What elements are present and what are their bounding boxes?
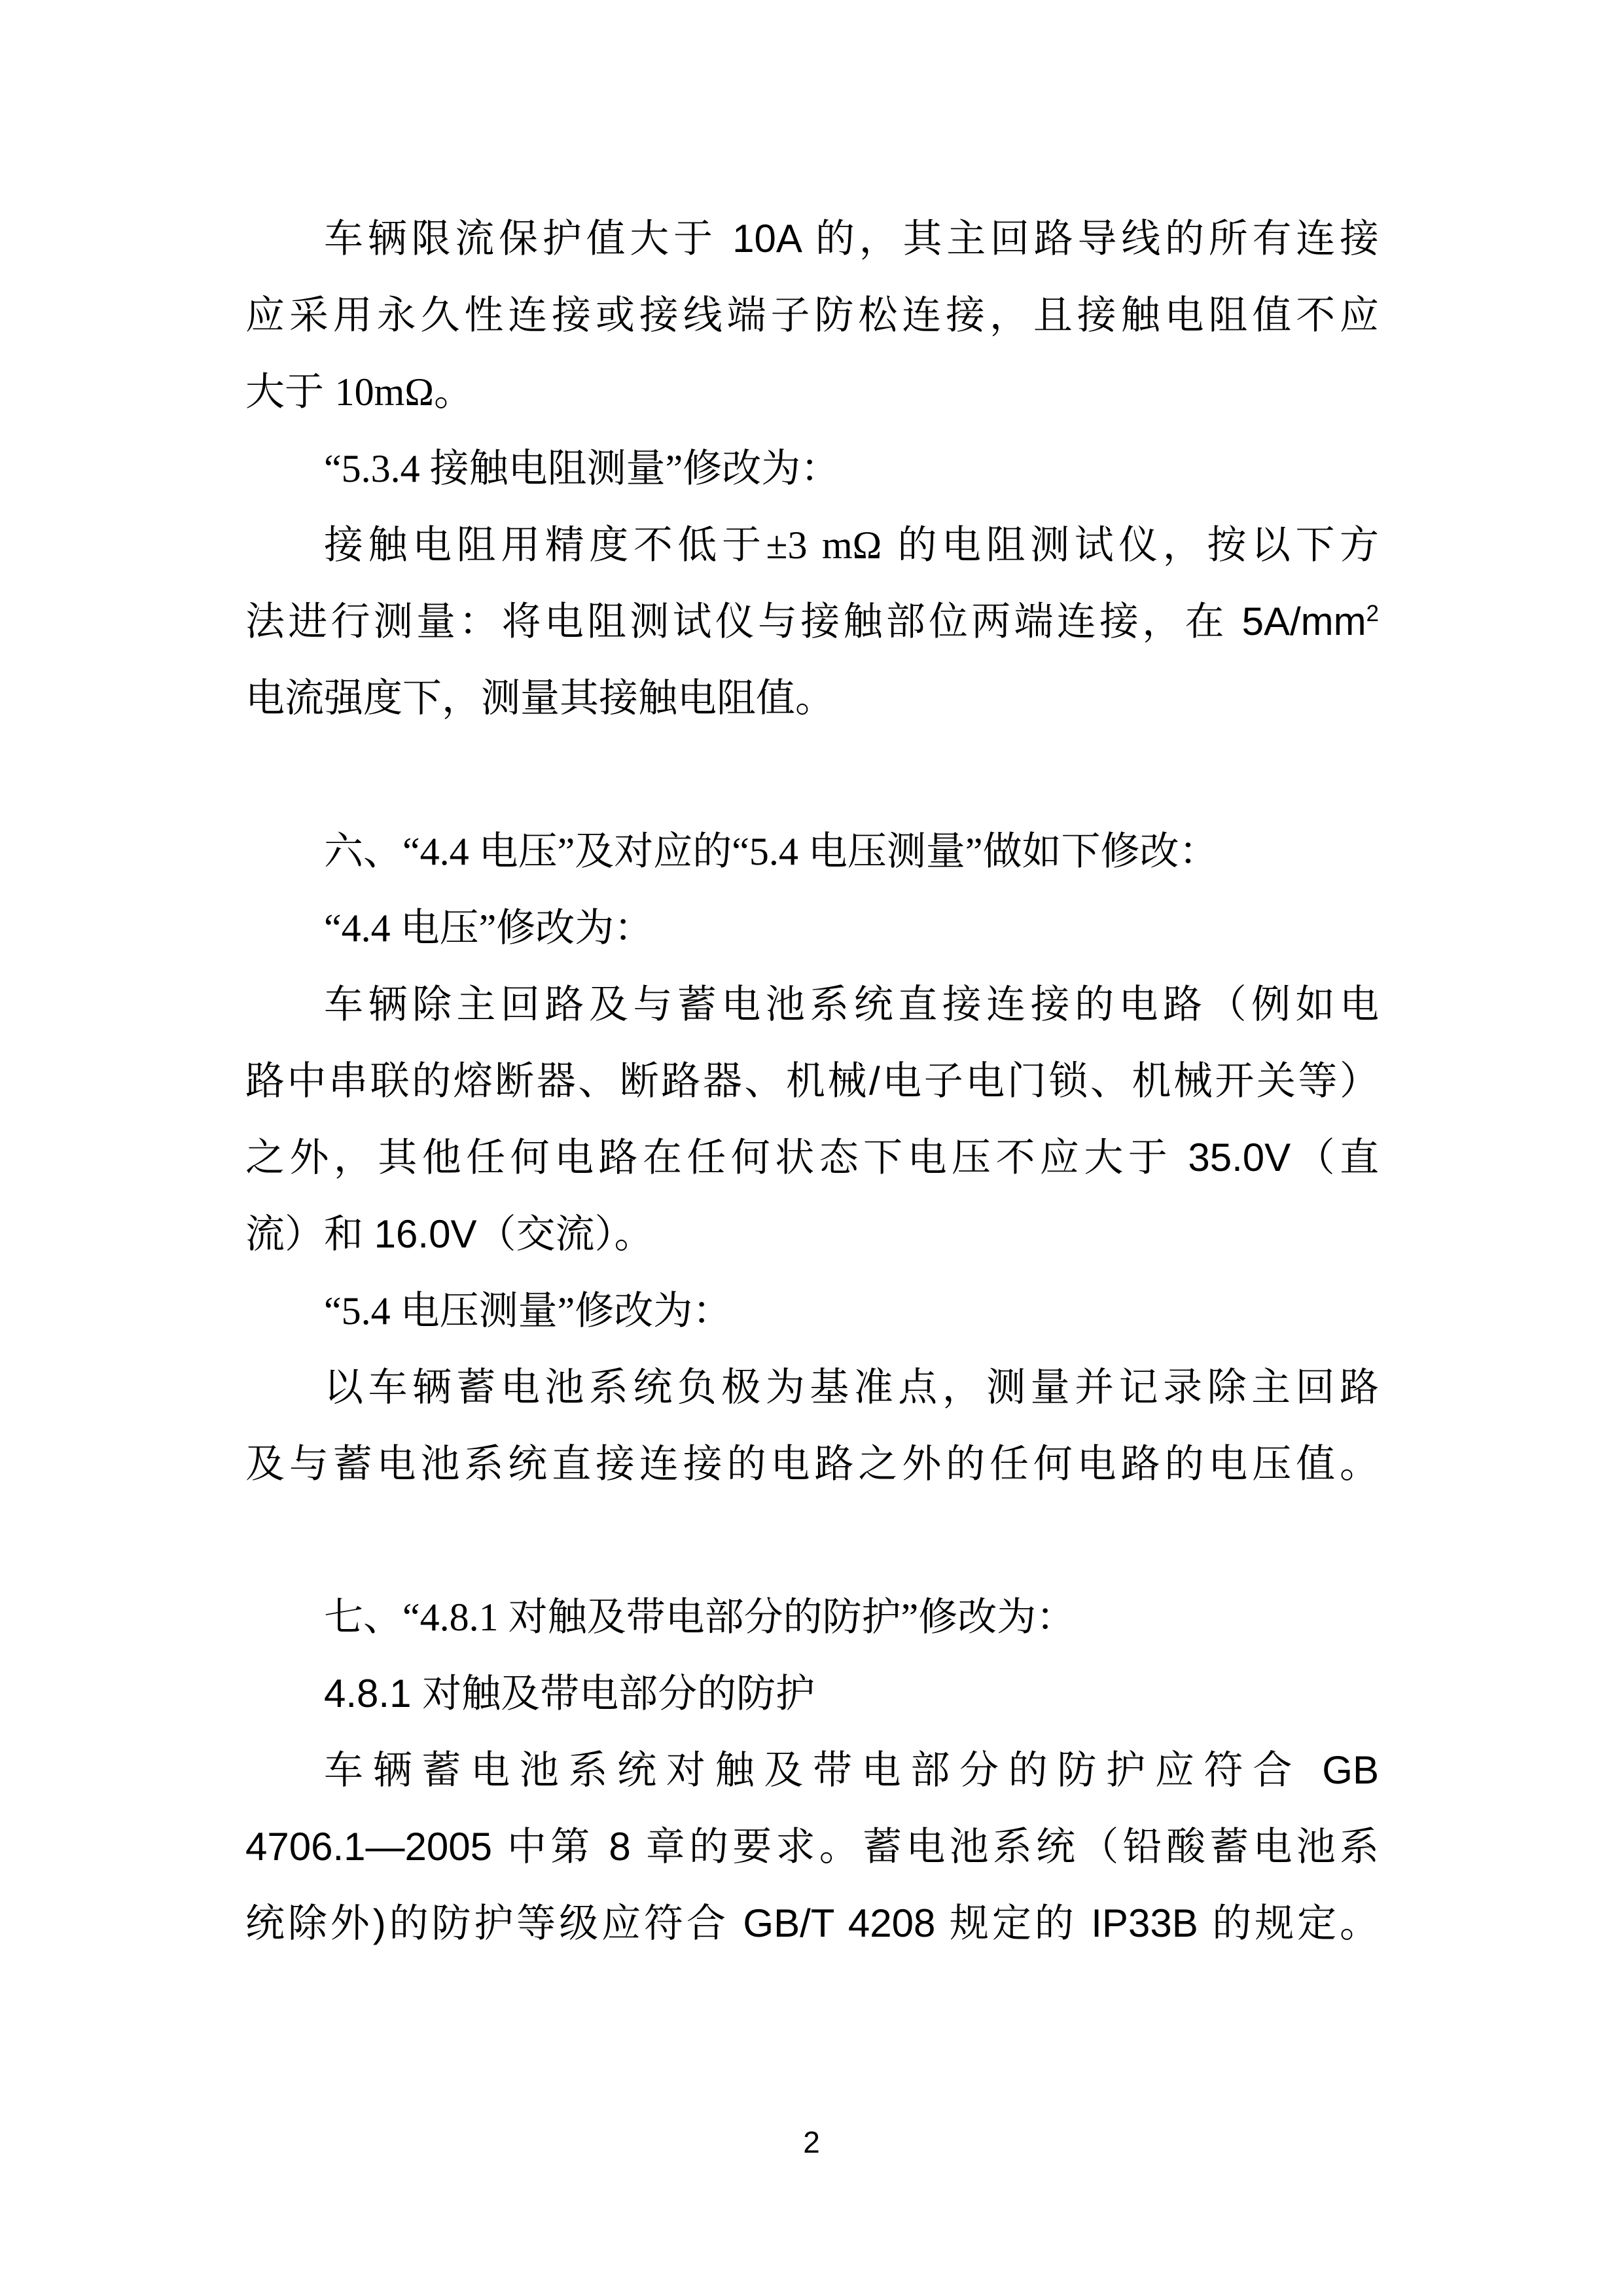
text-line: 4.8.1 对触及带电部分的防护 (245, 1655, 1379, 1732)
text-run: 以车辆蓄电池系统负极为基准点，测量并记录除主回路 (324, 1365, 1379, 1409)
text-run: 修改为： (918, 1595, 1075, 1639)
text-run: 及与蓄电池系统直接连接的电路之外的任何电路的电压值。 (245, 1442, 1379, 1486)
text-run: 统除外)的防护等级应符合 (245, 1901, 743, 1945)
text-run: 4706.1—2005 (245, 1825, 492, 1869)
text-run: 4.8.1 (324, 1672, 422, 1715)
text-line: 4706.1—2005 中第 8 章的要求。蓄电池系统（铅酸蓄电池系 (245, 1808, 1379, 1885)
page: 车辆限流保护值大于 10A 的，其主回路导线的所有连接应采用永久性连接或接线端子… (0, 0, 1623, 2296)
text-run: 大于 (245, 370, 335, 414)
text-run: 法进行测量：将电阻测试仪与接触部位两端连接，在 (245, 600, 1242, 643)
text-run: ±3 mΩ (766, 524, 882, 567)
text-line: 流）和 16.0V（交流）。 (245, 1196, 1379, 1272)
text-line: 法进行测量：将电阻测试仪与接触部位两端连接，在 5A/mm2 (245, 583, 1379, 660)
text-run: ” (901, 1596, 919, 1639)
text-run: 电压 (401, 906, 479, 950)
text-run: ” (558, 1289, 575, 1333)
blank-line (245, 736, 1379, 813)
text-run: 电压 (479, 829, 558, 873)
text-run: 中第 (492, 1825, 609, 1869)
text-line: 统除外)的防护等级应符合 GB/T 4208 规定的 IP33B 的规定。 (245, 1885, 1379, 1962)
text-line: 六、“4.4 电压”及对应的“5.4 电压测量”做如下修改： (245, 813, 1379, 889)
text-run: 的电阻测试仪，按以下方 (882, 523, 1379, 567)
page-number: 2 (803, 2125, 820, 2159)
text-line: 车辆除主回路及与蓄电池系统直接连接的电路（例如电 (245, 966, 1379, 1043)
text-run: 16.0V (374, 1212, 477, 1256)
text-run: 8 (609, 1825, 630, 1869)
text-run: 流）和 (245, 1212, 374, 1256)
text-run: 六、 (324, 829, 402, 873)
text-run: GB/T 4208 (743, 1901, 935, 1945)
text-run: 路中串联的熔断器、断路器、机械/电子电门锁、机械开关等） (245, 1059, 1379, 1103)
text-line: 七、“4.8.1 对触及带电部分的防护”修改为： (245, 1579, 1379, 1655)
page-footer: 2 (0, 2127, 1623, 2157)
text-run: 修改为： (496, 906, 653, 950)
text-run: IP33B (1091, 1901, 1198, 1945)
text-run: 电流强度下，测量其接触电阻值。 (245, 676, 834, 720)
text-run: 。 (434, 370, 473, 414)
text-run: 车辆蓄电池系统对触及带电部分的防护应符合 (324, 1748, 1322, 1792)
text-run: 及对应的 (575, 829, 732, 873)
text-run: 章的要求。蓄电池系统（铅酸蓄电池系 (631, 1825, 1379, 1869)
blank-line (245, 1502, 1379, 1579)
text-run: 七、 (324, 1595, 402, 1639)
text-run: 电压测量 (401, 1289, 558, 1333)
text-run: 修改为： (575, 1289, 732, 1333)
text-run: 之外，其他任何电路在任何状态下电压不应大于 (245, 1136, 1188, 1179)
text-line: 之外，其他任何电路在任何状态下电压不应大于 35.0V（直 (245, 1119, 1379, 1196)
text-run: 对触及带电部分的防护 (508, 1595, 901, 1639)
text-line: 电流强度下，测量其接触电阻值。 (245, 660, 1379, 736)
text-line: 接触电阻用精度不低于±3 mΩ 的电阻测试仪，按以下方 (245, 507, 1379, 583)
text-run: ” (666, 447, 683, 490)
text-run: 车辆限流保护值大于 (324, 217, 732, 260)
text-run: 的，其主回路导线的所有连接 (800, 217, 1379, 260)
text-line: 车辆限流保护值大于 10A 的，其主回路导线的所有连接 (245, 200, 1379, 277)
text-run: “5.3.4 (324, 447, 430, 490)
text-line: “5.4 电压测量”修改为： (245, 1272, 1379, 1349)
text-run: 35.0V (1188, 1136, 1291, 1179)
text-run: ” (558, 830, 575, 873)
text-run: 5A/mm (1242, 600, 1366, 643)
text-line: 车辆蓄电池系统对触及带电部分的防护应符合 GB (245, 1732, 1379, 1808)
text-run: 规定的 (935, 1901, 1091, 1945)
text-line: 路中串联的熔断器、断路器、机械/电子电门锁、机械开关等） (245, 1043, 1379, 1119)
text-run: 电压测量 (808, 829, 965, 873)
text-run: 接触电阻用精度不低于 (324, 523, 766, 567)
text-run: GB (1322, 1748, 1379, 1792)
text-run: “4.8.1 (402, 1596, 508, 1639)
text-line: 应采用永久性连接或接线端子防松连接，且接触电阻值不应 (245, 277, 1379, 353)
superscript-text: 2 (1366, 601, 1379, 626)
text-run: ” (479, 906, 497, 950)
text-run: 的规定。 (1198, 1901, 1379, 1945)
text-run: 做如下修改： (983, 829, 1219, 873)
text-run: 车辆除主回路及与蓄电池系统直接连接的电路（例如电 (324, 982, 1379, 1026)
text-line: 及与蓄电池系统直接连接的电路之外的任何电路的电压值。 (245, 1426, 1379, 1502)
text-run: “4.4 (324, 906, 401, 950)
document-body: 车辆限流保护值大于 10A 的，其主回路导线的所有连接应采用永久性连接或接线端子… (0, 200, 1623, 1962)
text-run: “4.4 (402, 830, 479, 873)
text-run: 应采用永久性连接或接线端子防松连接，且接触电阻值不应 (245, 293, 1379, 337)
text-line: 大于 10mΩ。 (245, 353, 1379, 430)
text-line: “5.3.4 接触电阻测量”修改为： (245, 430, 1379, 507)
text-run: 修改为： (683, 446, 840, 490)
text-run: 10mΩ (335, 370, 434, 414)
text-line: 以车辆蓄电池系统负极为基准点，测量并记录除主回路 (245, 1349, 1379, 1426)
text-run: （直 (1291, 1136, 1379, 1179)
text-run: ” (965, 830, 983, 873)
text-run: “5.4 (324, 1289, 401, 1333)
text-run: （交流）。 (476, 1212, 653, 1256)
text-run: 接触电阻测量 (430, 446, 666, 490)
text-run: 对触及带电部分的防护 (422, 1672, 815, 1715)
text-run: “5.4 (732, 830, 808, 873)
text-run: 10A (732, 217, 800, 260)
text-line: “4.4 电压”修改为： (245, 889, 1379, 966)
